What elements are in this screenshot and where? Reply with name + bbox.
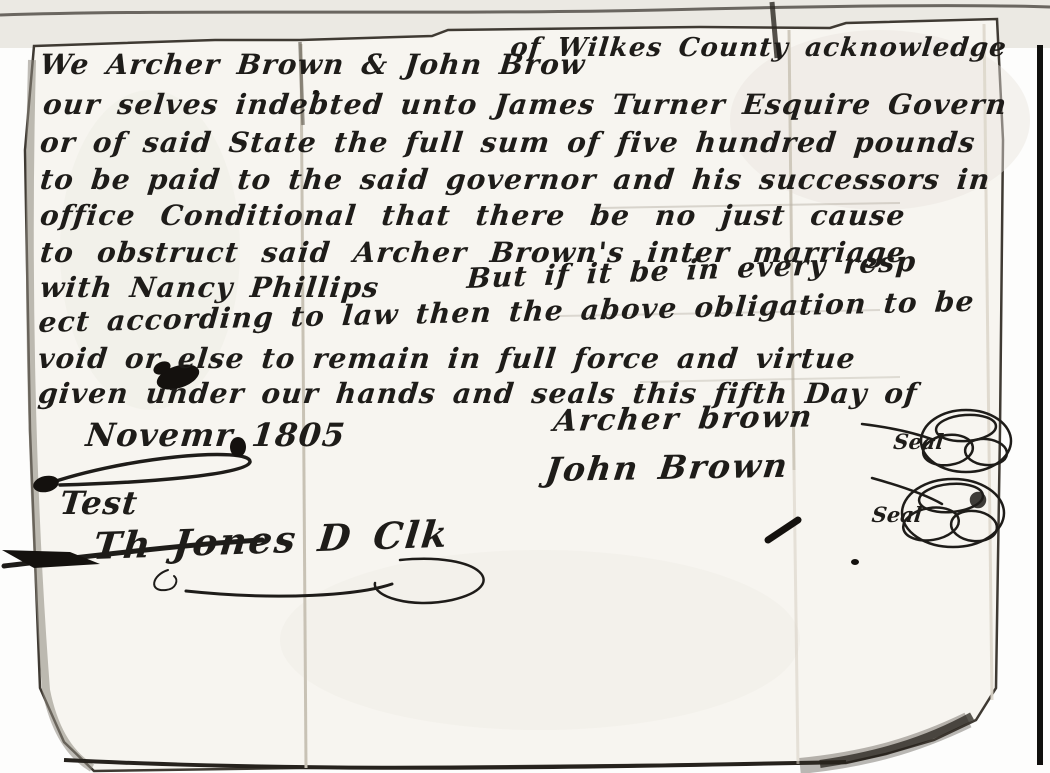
body-line-4: to be paid to the said governor and his … [39, 163, 993, 196]
body-line-3: or of said State the full sum of five hu… [39, 126, 978, 159]
scan-right-black-strip [1037, 45, 1043, 765]
signature-archer-brown: Archer brown [552, 399, 816, 439]
body-line-9: void or else to remain in full force and… [37, 342, 858, 375]
body-line-1-right: of Wilkes County acknowledge [509, 33, 1009, 63]
body-line-5: office Conditional that there be no just… [39, 199, 908, 232]
test-attestation-label: Test [58, 484, 140, 522]
signature-john-brown: John Brown [543, 446, 791, 489]
scanned-document-page: We Archer Brown & John Brow of Wilkes Co… [0, 0, 1050, 773]
body-line-1-left: We Archer Brown & John Brow [39, 48, 588, 81]
paper-mottle [280, 550, 800, 730]
date-line: Novemr 1805 [84, 416, 348, 454]
body-line-2: our selves indebted unto James Turner Es… [42, 88, 1009, 121]
